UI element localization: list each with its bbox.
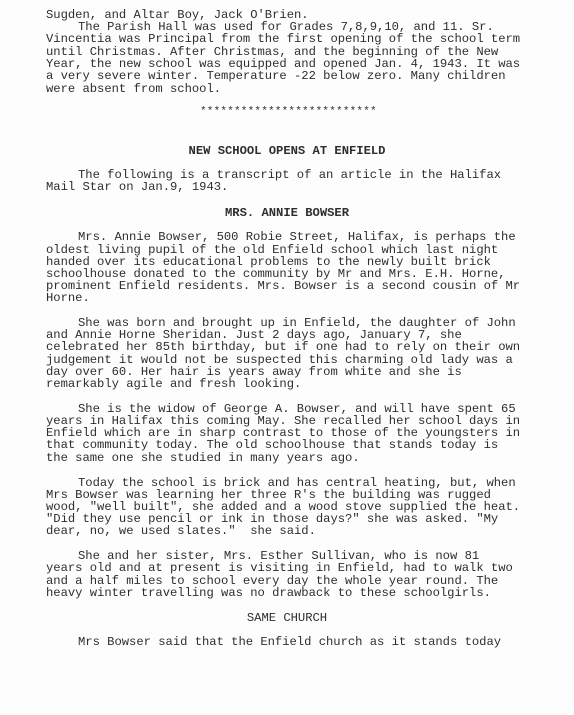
paragraph-line: prominent Enfield residents. Mrs. Bowser… <box>46 280 520 292</box>
intro-line: a very severe winter. Temperature -22 be… <box>46 70 506 82</box>
heading-same-church: SAME CHURCH <box>0 612 574 624</box>
paragraph-line: Horne. <box>46 292 90 304</box>
paragraph-line: celebrated her 85th birthday, but if one… <box>46 341 520 353</box>
paragraph-line: heavy winter travelling was no drawback … <box>46 587 491 599</box>
intro-line: Vincentia was Principal from the first o… <box>46 33 520 45</box>
heading-new-school-opens: NEW SCHOOL OPENS AT ENFIELD <box>0 145 574 157</box>
paragraph-line: the same one she studied in many years a… <box>46 452 360 464</box>
paragraph-line: years old and at present is visiting in … <box>46 562 513 574</box>
transcript-note-line: Mail Star on Jan.9, 1943. <box>46 181 228 193</box>
paragraph-line: that community today. The old schoolhous… <box>46 439 498 451</box>
document-page: Sugden, and Altar Boy, Jack O'Brien. The… <box>0 0 574 715</box>
paragraph-line: dear, no, we used slates." she said. <box>46 525 316 537</box>
paragraph-line: remarkably agile and fresh looking. <box>46 378 301 390</box>
paragraph-line: Mrs Bowser said that the Enfield church … <box>78 636 501 648</box>
intro-line: were absent from school. <box>46 83 221 95</box>
separator-asterisks: ************************** <box>200 106 377 118</box>
paragraph-line: Mrs. Annie Bowser, 500 Robie Street, Hal… <box>78 231 516 243</box>
heading-mrs-annie-bowser: MRS. ANNIE BOWSER <box>0 207 574 219</box>
